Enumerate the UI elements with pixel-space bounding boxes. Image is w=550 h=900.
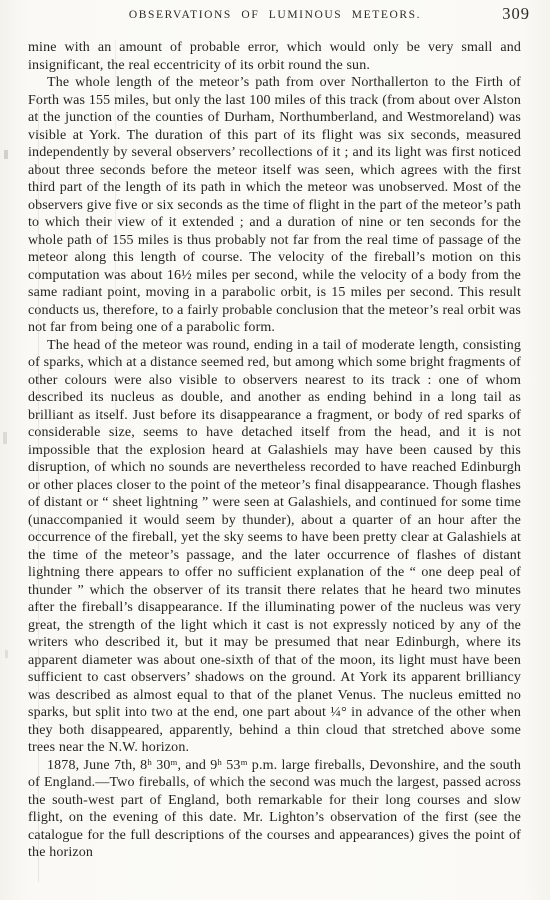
page-number: 309 xyxy=(502,4,530,24)
running-title: OBSERVATIONS OF LUMINOUS METEORS. xyxy=(0,9,550,21)
paragraph-meteor-head-appearance: The head of the meteor was round, ending… xyxy=(28,337,521,757)
paragraph-meteor-path-velocity: The whole length of the meteor’s path fr… xyxy=(28,74,521,337)
scan-speck xyxy=(5,650,8,658)
paragraph-continuation-orbit-eccentricity: mine with an amount of probable error, w… xyxy=(28,39,521,74)
page-header: OBSERVATIONS OF LUMINOUS METEORS. 309 xyxy=(0,0,550,34)
paragraph-1878-june-fireballs: 1878, June 7th, 8ʰ 30ᵐ, and 9ʰ 53ᵐ p.m. … xyxy=(28,757,521,862)
scan-speck xyxy=(3,432,7,444)
book-page: OBSERVATIONS OF LUMINOUS METEORS. 309 mi… xyxy=(0,0,550,900)
scan-speck xyxy=(4,150,8,159)
page-body: mine with an amount of probable error, w… xyxy=(28,39,521,862)
